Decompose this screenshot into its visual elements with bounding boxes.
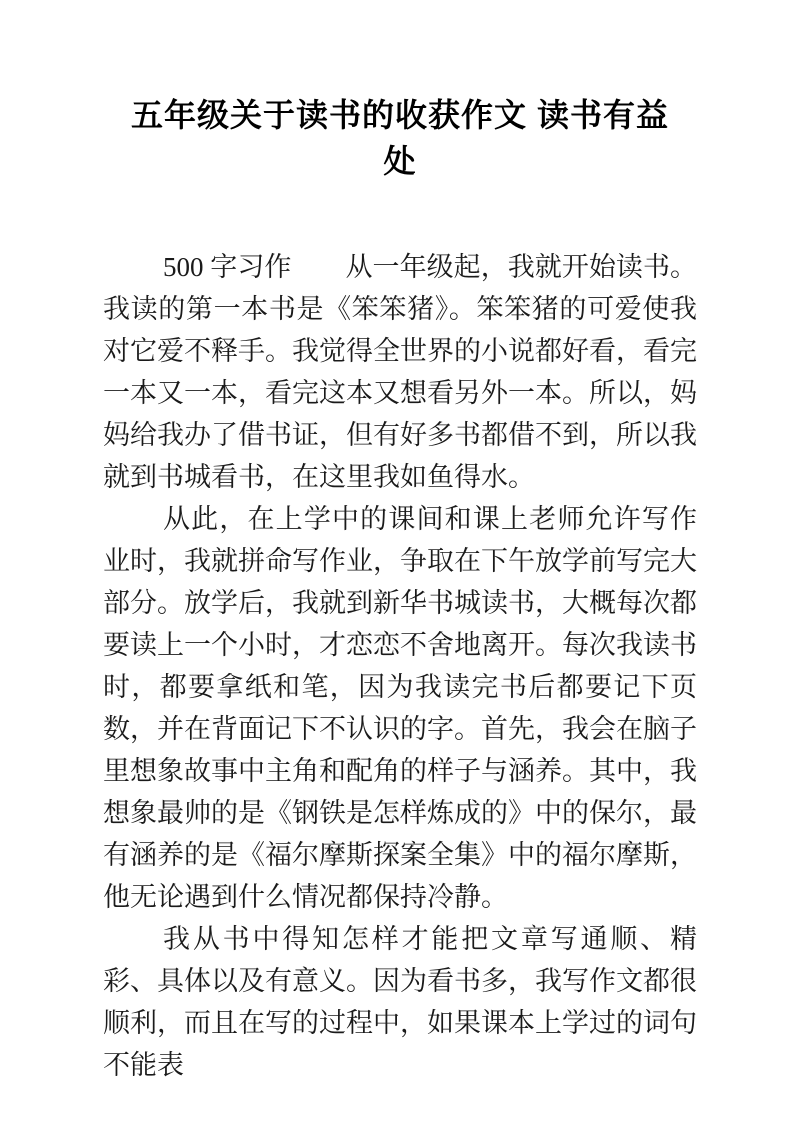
document-title: 五年级关于读书的收获作文 读书有益处 (130, 92, 670, 184)
paragraph: 500 字习作 从一年级起，我就开始读书。我读的第一本书是《笨笨猪》。笨笨猪的可… (103, 246, 697, 498)
paragraph: 我从书中得知怎样才能把文章写通顺、精彩、具体以及有意义。因为看书多，我写作文都很… (103, 918, 697, 1086)
document-page: 五年级关于读书的收获作文 读书有益处 500 字习作 从一年级起，我就开始读书。… (0, 0, 800, 1132)
document-body: 500 字习作 从一年级起，我就开始读书。我读的第一本书是《笨笨猪》。笨笨猪的可… (103, 246, 697, 1086)
paragraph: 从此，在上学中的课间和课上老师允许写作业时，我就拼命写作业，争取在下午放学前写完… (103, 498, 697, 918)
